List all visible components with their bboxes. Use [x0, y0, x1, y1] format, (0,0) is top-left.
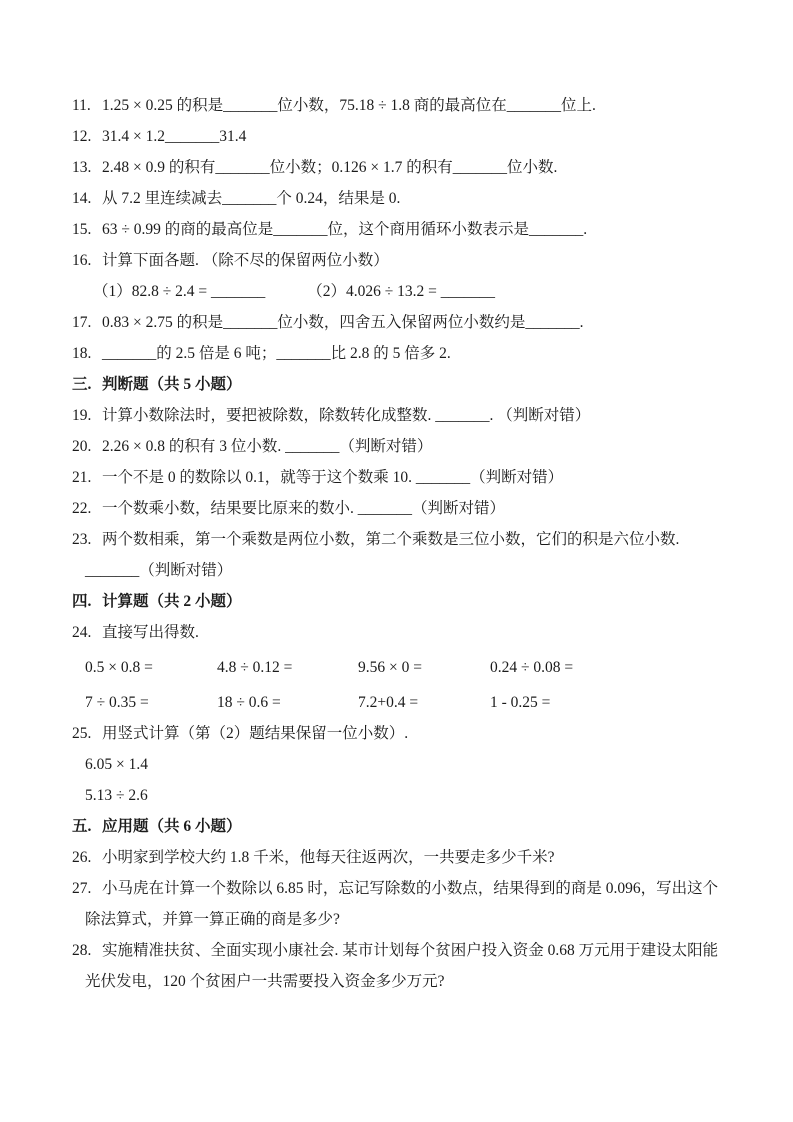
question-15-text: 63 ÷ 0.99 的商的最高位是_______位，这个商用循环小数表示是___…	[102, 221, 587, 238]
question-21-number: 21.	[72, 462, 102, 493]
question-14: 14.从 7.2 里连续减去_______个 0.24，结果是 0.	[72, 183, 733, 214]
question-22-text: 一个数乘小数，结果要比原来的数小. _______（判断对错）	[102, 500, 505, 517]
question-28-number: 28.	[72, 935, 102, 966]
quick-calc-row-1: 0.5 × 0.8 = 4.8 ÷ 0.12 = 9.56 × 0 = 0.24…	[85, 652, 733, 683]
calc-expression: 7.2+0.4 =	[358, 687, 490, 718]
question-20-text: 2.26 × 0.8 的积有 3 位小数. _______（判断对错）	[102, 438, 432, 455]
question-25-text: 用竖式计算（第（2）题结果保留一位小数）.	[102, 725, 408, 742]
question-27-number: 27.	[72, 873, 102, 904]
question-13-number: 13.	[72, 152, 102, 183]
calc-expression: 0.24 ÷ 0.08 =	[490, 652, 733, 683]
question-25-number: 25.	[72, 718, 102, 749]
calc-expression: 1 - 0.25 =	[490, 687, 733, 718]
section-calc-number: 四.	[72, 586, 102, 617]
question-25-expression-1: 6.05 × 1.4	[72, 749, 733, 780]
section-apply-number: 五.	[72, 811, 102, 842]
question-20: 20.2.26 × 0.8 的积有 3 位小数. _______（判断对错）	[72, 431, 733, 462]
question-28: 28.实施精准扶贫、全面实现小康社会. 某市计划每个贫困户投入资金 0.68 万…	[72, 935, 733, 997]
question-15-number: 15.	[72, 214, 102, 245]
question-17-number: 17.	[72, 307, 102, 338]
question-18: 18._______的 2.5 倍是 6 吨；_______比 2.8 的 5 …	[72, 338, 733, 369]
question-21: 21.一个不是 0 的数除以 0.1，就等于这个数乘 10. _______（判…	[72, 462, 733, 493]
section-judge-number: 三.	[72, 369, 102, 400]
question-18-text: _______的 2.5 倍是 6 吨；_______比 2.8 的 5 倍多 …	[102, 345, 451, 362]
question-23-text: 两个数相乘，第一个乘数是两位小数，第二个乘数是三位小数，它们的积是六位小数. _…	[85, 531, 679, 579]
question-19-text: 计算小数除法时，要把被除数，除数转化成整数. _______. （判断对错）	[102, 407, 590, 424]
section-judge-heading: 三.判断题（共 5 小题）	[72, 369, 733, 400]
section-apply-heading: 五.应用题（共 6 小题）	[72, 811, 733, 842]
calc-expression: 18 ÷ 0.6 =	[217, 687, 358, 718]
quick-calc-row-2: 7 ÷ 0.35 = 18 ÷ 0.6 = 7.2+0.4 = 1 - 0.25…	[85, 687, 733, 718]
question-17-text: 0.83 × 2.75 的积是_______位小数，四舍五入保留两位小数约是__…	[102, 314, 584, 331]
question-27-text: 小马虎在计算一个数除以 6.85 时，忘记写除数的小数点，结果得到的商是 0.0…	[85, 880, 718, 928]
section-calc-title: 计算题（共 2 小题）	[102, 593, 242, 610]
worksheet-page: 11.1.25 × 0.25 的积是_______位小数，75.18 ÷ 1.8…	[0, 0, 793, 1122]
question-19: 19.计算小数除法时，要把被除数，除数转化成整数. _______. （判断对错…	[72, 400, 733, 431]
question-12-text: 31.4 × 1.2_______31.4	[102, 128, 246, 145]
question-12-number: 12.	[72, 121, 102, 152]
question-23: 23.两个数相乘，第一个乘数是两位小数，第二个乘数是三位小数，它们的积是六位小数…	[72, 524, 733, 586]
question-19-number: 19.	[72, 400, 102, 431]
question-26-number: 26.	[72, 842, 102, 873]
question-11-number: 11.	[72, 90, 102, 121]
question-22-number: 22.	[72, 493, 102, 524]
question-16-part2: （2）4.026 ÷ 13.2 = _______	[307, 283, 495, 300]
question-26-text: 小明家到学校大约 1.8 千米，他每天往返两次，一共要走多少千米?	[102, 849, 555, 866]
question-16-number: 16.	[72, 245, 102, 276]
question-24-number: 24.	[72, 617, 102, 648]
question-21-text: 一个不是 0 的数除以 0.1，就等于这个数乘 10. _______（判断对错…	[102, 469, 563, 486]
section-calc-heading: 四.计算题（共 2 小题）	[72, 586, 733, 617]
question-23-number: 23.	[72, 524, 102, 555]
question-22: 22.一个数乘小数，结果要比原来的数小. _______（判断对错）	[72, 493, 733, 524]
question-16-text: 计算下面各题. （除不尽的保留两位小数）	[102, 252, 389, 269]
section-apply-title: 应用题（共 6 小题）	[102, 818, 242, 835]
question-16-subitems: （1）82.8 ÷ 2.4 = _______（2）4.026 ÷ 13.2 =…	[72, 276, 733, 307]
question-18-number: 18.	[72, 338, 102, 369]
question-25: 25.用竖式计算（第（2）题结果保留一位小数）.	[72, 718, 733, 749]
calc-expression: 4.8 ÷ 0.12 =	[217, 652, 358, 683]
worksheet-content: 11.1.25 × 0.25 的积是_______位小数，75.18 ÷ 1.8…	[0, 0, 793, 997]
question-16-part1: （1）82.8 ÷ 2.4 = _______	[93, 283, 265, 300]
question-15: 15.63 ÷ 0.99 的商的最高位是_______位，这个商用循环小数表示是…	[72, 214, 733, 245]
question-25-expression-2: 5.13 ÷ 2.6	[72, 780, 733, 811]
question-14-text: 从 7.2 里连续减去_______个 0.24，结果是 0.	[102, 190, 400, 207]
calc-expression: 7 ÷ 0.35 =	[85, 687, 217, 718]
question-20-number: 20.	[72, 431, 102, 462]
calc-expression: 0.5 × 0.8 =	[85, 652, 217, 683]
question-28-text: 实施精准扶贫、全面实现小康社会. 某市计划每个贫困户投入资金 0.68 万元用于…	[85, 942, 718, 990]
calc-expression: 9.56 × 0 =	[358, 652, 490, 683]
question-24: 24.直接写出得数.	[72, 617, 733, 648]
question-27: 27.小马虎在计算一个数除以 6.85 时，忘记写除数的小数点，结果得到的商是 …	[72, 873, 733, 935]
question-13-text: 2.48 × 0.9 的积有_______位小数；0.126 × 1.7 的积有…	[102, 159, 557, 176]
question-11-text: 1.25 × 0.25 的积是_______位小数，75.18 ÷ 1.8 商的…	[102, 97, 596, 114]
question-11: 11.1.25 × 0.25 的积是_______位小数，75.18 ÷ 1.8…	[72, 90, 733, 121]
question-24-text: 直接写出得数.	[102, 624, 199, 641]
question-16: 16.计算下面各题. （除不尽的保留两位小数）	[72, 245, 733, 276]
question-26: 26.小明家到学校大约 1.8 千米，他每天往返两次，一共要走多少千米?	[72, 842, 733, 873]
section-judge-title: 判断题（共 5 小题）	[102, 376, 242, 393]
question-13: 13.2.48 × 0.9 的积有_______位小数；0.126 × 1.7 …	[72, 152, 733, 183]
question-14-number: 14.	[72, 183, 102, 214]
question-12: 12.31.4 × 1.2_______31.4	[72, 121, 733, 152]
question-17: 17.0.83 × 2.75 的积是_______位小数，四舍五入保留两位小数约…	[72, 307, 733, 338]
